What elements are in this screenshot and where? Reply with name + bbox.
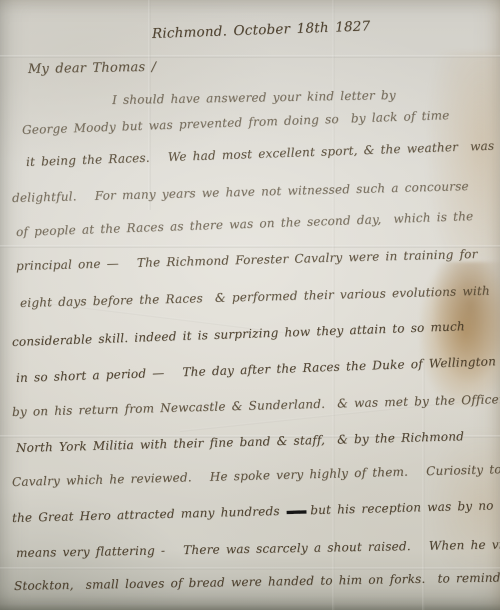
strikethrough-redaction: ▬▬▬ — [286, 507, 306, 518]
fold-crease-horizontal-4 — [0, 567, 500, 570]
letter-scan: Richmond. October 18th 1827 My dear Thom… — [0, 0, 500, 610]
fold-crease-horizontal-1 — [0, 55, 500, 58]
letter-salutation: My dear Thomas / — [28, 60, 156, 78]
letter-line-13-text-after: but his reception was by no — [310, 498, 494, 517]
